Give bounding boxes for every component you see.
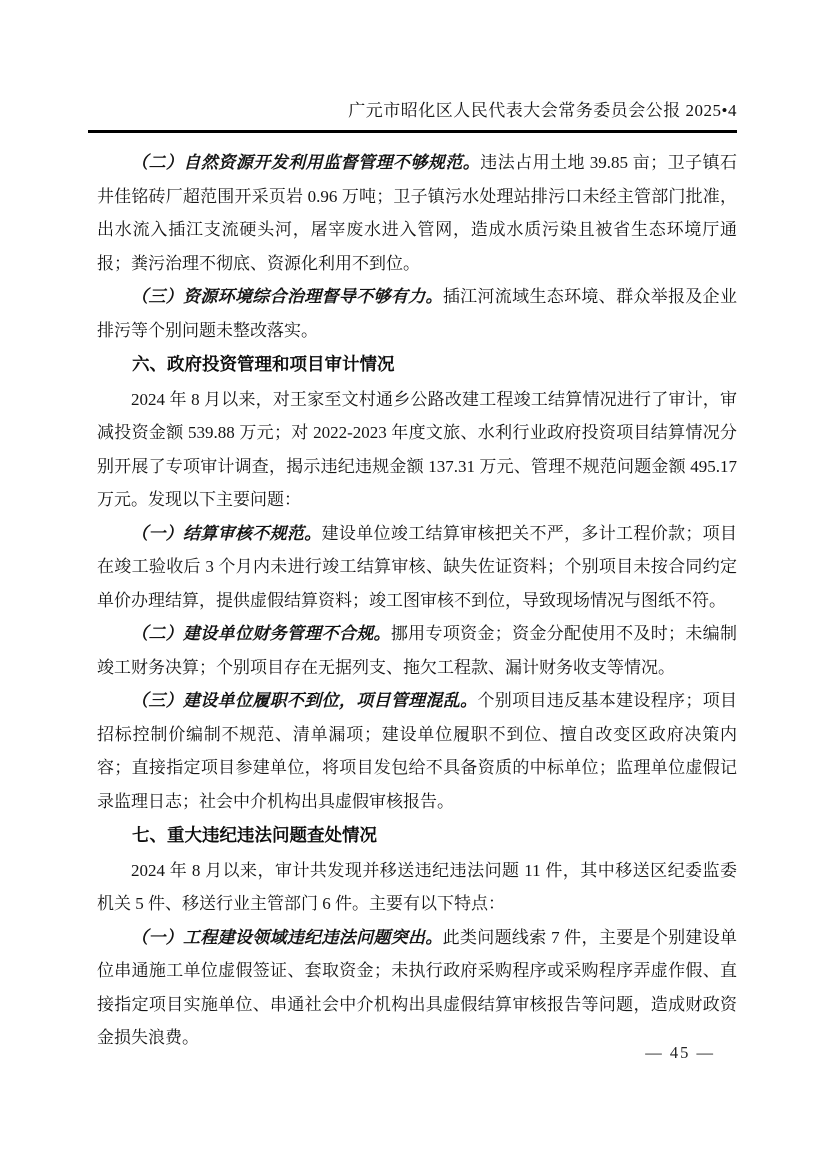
section-heading-six: 六、政府投资管理和项目审计情况 — [97, 348, 737, 382]
paragraph-environment-supervision: （三）资源环境综合治理督导不够有力。插江河流域生态环境、群众举报及企业排污等个别… — [97, 280, 737, 347]
page-number: — 45 — — [645, 1043, 715, 1063]
paragraph-lead: （三）建设单位履职不到位，项目管理混乱。 — [131, 691, 477, 710]
paragraph-lead: （一）结算审核不规范。 — [131, 524, 322, 543]
paragraph-violations-overview: 2024 年 8 月以来，审计共发现并移送违纪违法问题 11 件，其中移送区纪委… — [97, 854, 737, 921]
page-header: 广元市昭化区人民代表大会常务委员会公报 2025•4 — [88, 100, 737, 133]
paragraph-natural-resources: （二）自然资源开发利用监督管理不够规范。违法占用土地 39.85 亩；卫子镇石井… — [97, 146, 737, 280]
paragraph-lead: （二）自然资源开发利用监督管理不够规范。 — [131, 153, 480, 172]
section-heading-seven: 七、重大违纪违法问题查处情况 — [97, 819, 737, 853]
paragraph-text: 2024 年 8 月以来，对王家至文村通乡公路改建工程竣工结算情况进行了审计，审… — [97, 390, 737, 510]
paragraph-project-management: （三）建设单位履职不到位，项目管理混乱。个别项目违反基本建设程序；项目招标控制价… — [97, 684, 737, 818]
bulletin-title: 广元市昭化区人民代表大会常务委员会公报 2025•4 — [88, 100, 737, 122]
paragraph-audit-overview: 2024 年 8 月以来，对王家至文村通乡公路改建工程竣工结算情况进行了审计，审… — [97, 383, 737, 517]
paragraph-construction-violations: （一）工程建设领域违纪违法问题突出。此类问题线索 7 件，主要是个别建设单位串通… — [97, 921, 737, 1055]
paragraph-lead: （三）资源环境综合治理督导不够有力。 — [131, 287, 443, 306]
paragraph-lead: （二）建设单位财务管理不合规。 — [131, 624, 391, 643]
paragraph-financial-management: （二）建设单位财务管理不合规。挪用专项资金；资金分配使用不及时；未编制竣工财务决… — [97, 617, 737, 684]
paragraph-text: 2024 年 8 月以来，审计共发现并移送违纪违法问题 11 件，其中移送区纪委… — [97, 861, 737, 914]
document-body: （二）自然资源开发利用监督管理不够规范。违法占用土地 39.85 亩；卫子镇石井… — [97, 146, 737, 1055]
header-rule — [88, 130, 737, 133]
document-page: 广元市昭化区人民代表大会常务委员会公报 2025•4 （二）自然资源开发利用监督… — [0, 0, 827, 1170]
paragraph-lead: （一）工程建设领域违纪违法问题突出。 — [131, 928, 443, 947]
paragraph-settlement-review: （一）结算审核不规范。建设单位竣工结算审核把关不严，多计工程价款；项目在竣工验收… — [97, 517, 737, 618]
